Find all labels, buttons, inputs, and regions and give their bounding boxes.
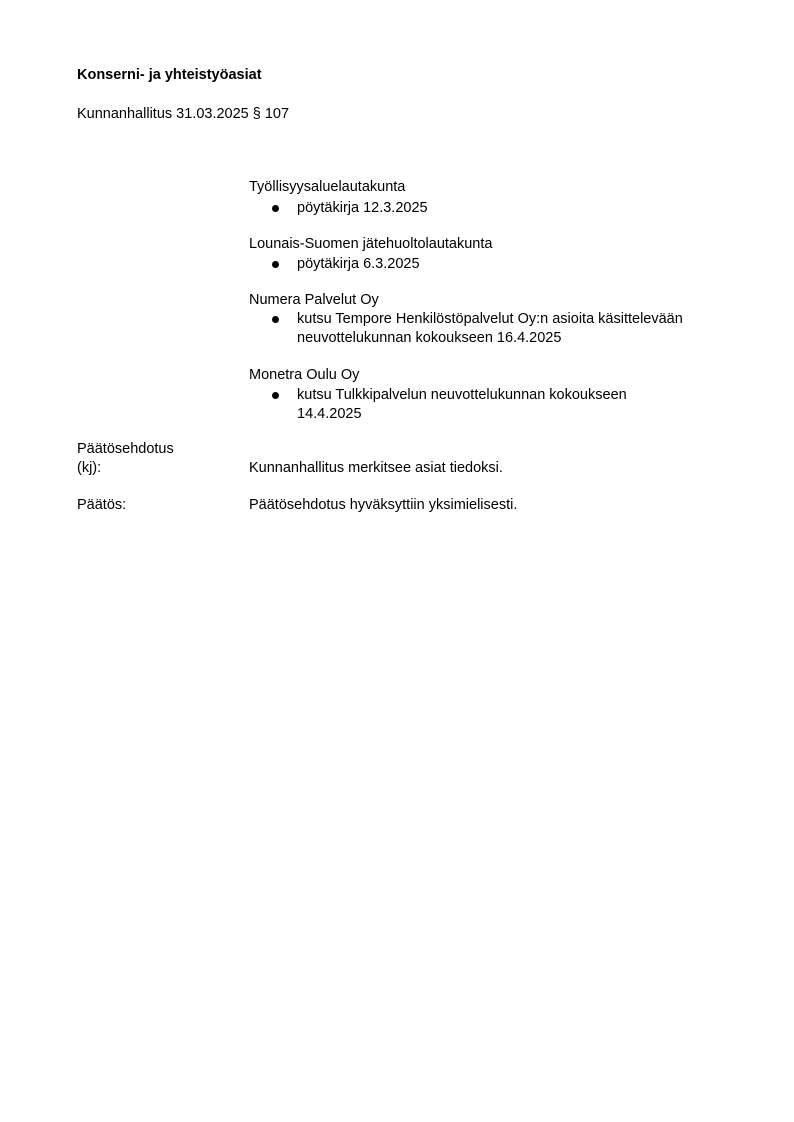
- list-item: kutsu Tempore Henkilöstöpalvelut Oy:n as…: [272, 310, 683, 348]
- list-item-text: kutsu Tulkkipalvelun neuvottelukunnan ko…: [297, 386, 627, 424]
- list-item: pöytäkirja 6.3.2025: [272, 255, 420, 274]
- list-item-text: kutsu Tempore Henkilöstöpalvelut Oy:n as…: [297, 310, 683, 348]
- list-item-text: pöytäkirja 6.3.2025: [297, 255, 420, 274]
- meeting-reference: Kunnanhallitus 31.03.2025 § 107: [77, 106, 289, 122]
- section-org-tyollisyysaluelautakunta: Työllisyysaluelautakunta: [249, 179, 405, 195]
- list-item-text-line2: 14.4.2025: [297, 406, 362, 422]
- proposal-text: Kunnanhallitus merkitsee asiat tiedoksi.: [249, 460, 503, 476]
- bullet-icon: [272, 205, 279, 212]
- proposal-label-line1: Päätösehdotus: [77, 441, 174, 457]
- bullet-icon: [272, 316, 279, 323]
- section-org-lounais-suomen: Lounais-Suomen jätehuoltolautakunta: [249, 236, 492, 252]
- proposal-label-line2: (kj):: [77, 460, 101, 476]
- list-item-text-line1: kutsu Tulkkipalvelun neuvottelukunnan ko…: [297, 387, 627, 403]
- list-item-text: pöytäkirja 12.3.2025: [297, 199, 428, 218]
- bullet-icon: [272, 392, 279, 399]
- list-item: pöytäkirja 12.3.2025: [272, 199, 428, 218]
- decision-text: Päätösehdotus hyväksyttiin yksimielisest…: [249, 497, 517, 513]
- section-org-monetra-oulu: Monetra Oulu Oy: [249, 367, 359, 383]
- section-org-numera-palvelut: Numera Palvelut Oy: [249, 292, 379, 308]
- list-item-text-line2: neuvottelukunnan kokoukseen 16.4.2025: [297, 330, 561, 346]
- list-item-text-line1: kutsu Tempore Henkilöstöpalvelut Oy:n as…: [297, 311, 683, 327]
- document-title: Konserni- ja yhteistyöasiat: [77, 67, 262, 83]
- decision-label: Päätös:: [77, 497, 126, 513]
- bullet-icon: [272, 261, 279, 268]
- list-item: kutsu Tulkkipalvelun neuvottelukunnan ko…: [272, 386, 627, 424]
